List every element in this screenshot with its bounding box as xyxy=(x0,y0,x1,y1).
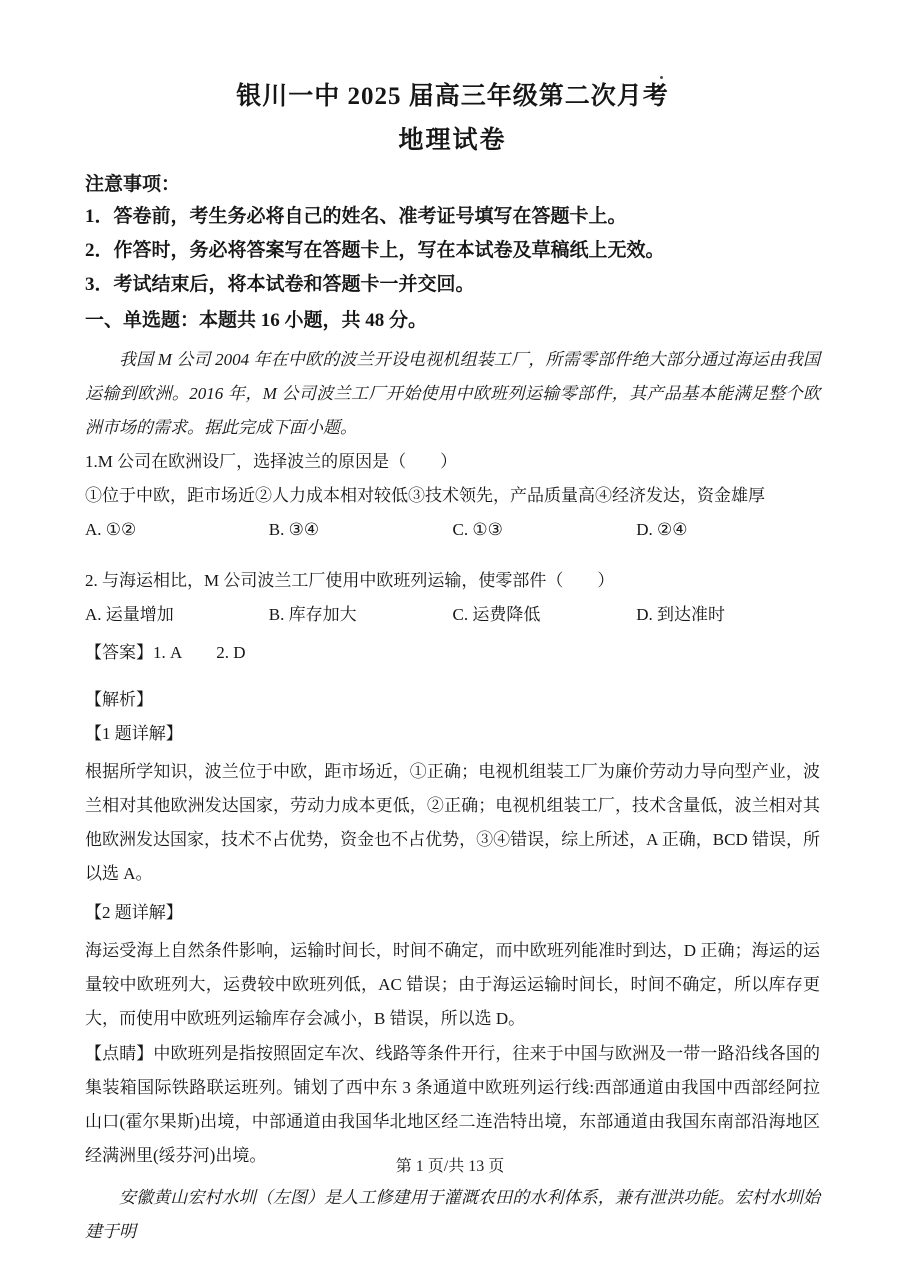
question-1: 1.M 公司在欧洲设厂，选择波兰的原因是（ ） ①位于中欧，距市场近②人力成本相… xyxy=(85,445,820,547)
question-1-options: A. ①② B. ③④ C. ①③ D. ②④ xyxy=(85,513,820,547)
notice-section: 注意事项： 1．答卷前，考生务必将自己的姓名、准考证号填写在答题卡上。 2．作答… xyxy=(85,170,820,302)
section-heading: 一、单选题：本题共 16 小题，共 48 分。 xyxy=(85,306,820,336)
question-2-option-c: C. 运费降低 xyxy=(453,598,637,632)
page-number-footer: 第 1 页/共 13 页 xyxy=(0,1152,900,1182)
document-title: 银川一中 2025 届高三年级第二次月考 xyxy=(85,82,820,112)
question-2-stem: 2. 与海运相比，M 公司波兰工厂使用中欧班列运输，使零部件（ ） xyxy=(85,564,820,598)
stimulus-paragraph-1: 我国 M 公司 2004 年在中欧的波兰开设电视机组装工厂，所需零部件绝大部分通… xyxy=(85,343,820,445)
exam-document-page: 银川一中 2025 届高三年级第二次月考 地理试卷 注意事项： 1．答卷前，考生… xyxy=(0,0,900,1273)
notice-item-2: 2．作答时，务必将答案写在答题卡上，写在本试卷及草稿纸上无效。 xyxy=(85,234,820,268)
analysis-label: 【解析】 xyxy=(85,683,820,717)
question-2-option-b: B. 库存加大 xyxy=(269,598,453,632)
answer-item-1: 1. A xyxy=(153,643,182,662)
stimulus-paragraph-2: 安徽黄山宏村水圳（左图）是人工修建用于灌溉农田的水利体系，兼有泄洪功能。宏村水圳… xyxy=(85,1181,820,1249)
answer-line: 【答案】1. A2. D xyxy=(85,636,820,670)
question-1-option-b: B. ③④ xyxy=(269,513,453,547)
question-1-substem: ①位于中欧，距市场近②人力成本相对较低③技术领先，产品质量高④经济发达，资金雄厚 xyxy=(85,479,820,513)
notice-item-1: 1．答卷前，考生务必将自己的姓名、准考证号填写在答题卡上。 xyxy=(85,200,820,234)
question-2-option-d: D. 到达准时 xyxy=(636,598,820,632)
answer-item-2: 2. D xyxy=(216,643,245,662)
question-1-option-c: C. ①③ xyxy=(453,513,637,547)
answer-label: 【答案】 xyxy=(85,643,153,662)
analysis-1-heading: 【1 题详解】 xyxy=(85,717,820,751)
question-2: 2. 与海运相比，M 公司波兰工厂使用中欧班列运输，使零部件（ ） A. 运量增… xyxy=(85,564,820,632)
document-subtitle: 地理试卷 xyxy=(85,126,820,156)
question-1-stem: 1.M 公司在欧洲设厂，选择波兰的原因是（ ） xyxy=(85,445,820,479)
scan-speck xyxy=(660,76,663,79)
question-2-options: A. 运量增加 B. 库存加大 C. 运费降低 D. 到达准时 xyxy=(85,598,820,632)
notice-item-3: 3．考试结束后，将本试卷和答题卡一并交回。 xyxy=(85,268,820,302)
question-1-option-d: D. ②④ xyxy=(636,513,820,547)
analysis-1-body: 根据所学知识，波兰位于中欧，距市场近，①正确；电视机组装工厂为廉价劳动力导向型产… xyxy=(85,755,820,891)
analysis-2-heading: 【2 题详解】 xyxy=(85,896,820,930)
question-1-option-a: A. ①② xyxy=(85,513,269,547)
question-2-option-a: A. 运量增加 xyxy=(85,598,269,632)
notice-heading: 注意事项： xyxy=(85,170,820,200)
analysis-2-body: 海运受海上自然条件影响，运输时间长，时间不确定，而中欧班列能准时到达，D 正确；… xyxy=(85,934,820,1036)
